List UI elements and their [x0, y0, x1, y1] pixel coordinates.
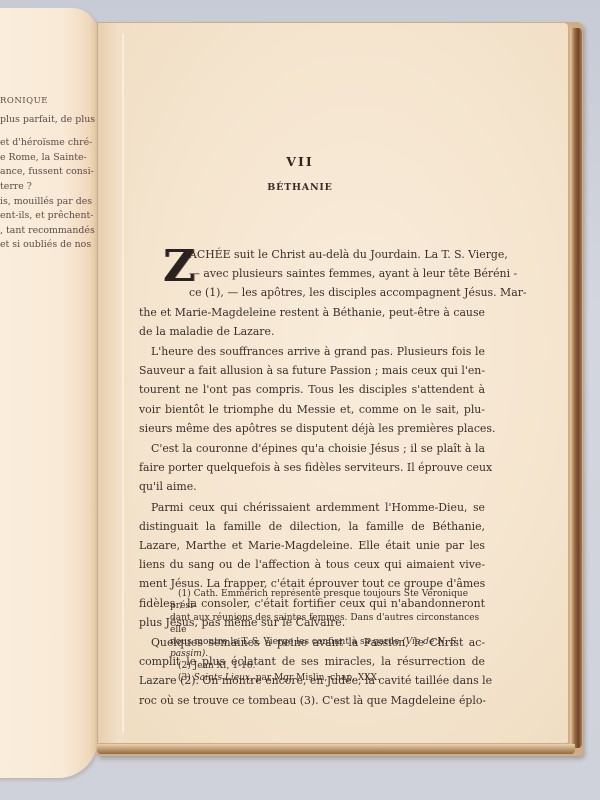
text-line: voir bientôt le triomphe du Messie et, c… [139, 400, 485, 419]
book-bottom-edge [97, 744, 575, 754]
gutter-shadow [98, 23, 132, 743]
footnote-1-line: dant aux réunions des saintes femmes. Da… [170, 612, 486, 636]
text-line: liens du sang ou de l'affection à tous c… [139, 555, 485, 574]
text-line: Sauveur a fait allusion à sa future Pass… [139, 361, 485, 380]
text-line: Parmi ceux qui chérissaient ardemment l'… [139, 498, 485, 517]
drop-cap: Z [163, 247, 185, 287]
paragraph-2: L'heure des souffrances arrive à grand p… [139, 342, 485, 438]
text-line: C'est la couronne d'épines qu'a choisie … [139, 439, 485, 458]
left-page-running-header: RONIQUE [0, 94, 98, 109]
left-page-line: ent-ils, et prêchent- [0, 209, 98, 224]
text-line: qu'il aime. [139, 477, 485, 496]
text-line: L'heure des souffrances arrive à grand p… [139, 342, 485, 361]
left-page-line: et d'héroïsme chré- [0, 136, 98, 151]
text-line: Lazare, Marthe et Marie-Magdeleine. Elle… [139, 536, 485, 555]
text-line: faire porter quelquefois à ses fidèles s… [139, 458, 485, 477]
paragraph-1: Z ACHÉE suit le Christ au-delà du Jourda… [165, 245, 485, 341]
left-page-text: RONIQUE plus parfait, de plus et d'héroï… [0, 94, 98, 253]
book-fore-edge [570, 28, 582, 748]
footnote-2: (2) Jean XI, 1-16. [170, 660, 486, 672]
footnote-1-line: (1) Cath. Emmerich représente presque to… [170, 588, 486, 612]
paragraph-3: C'est la couronne d'épines qu'a choisie … [139, 439, 485, 497]
footnote-3: (3) Saints Lieux, par Mgr Mislin, chap. … [170, 672, 486, 684]
left-page-line: et si oubliés de nos [0, 238, 98, 253]
left-page: RONIQUE plus parfait, de plus et d'héroï… [0, 8, 98, 778]
footnote-1-line: nous montre la T. S. Vierge les confiant… [170, 636, 486, 660]
left-page-line: plus parfait, de plus [0, 113, 98, 128]
left-page-line: , tant recommandés [0, 224, 98, 239]
text-line: ACHÉE suit le Christ au-delà du Jourdain… [165, 245, 485, 264]
text-line: distinguait la famille de dilection, la … [139, 517, 485, 536]
chapter-title: BÉTHANIE [0, 182, 600, 193]
footnotes: (1) Cath. Emmerich représente presque to… [170, 588, 486, 684]
text-line: ce (1), — les apôtres, les disciples acc… [165, 283, 485, 302]
footnote-3-rest: par Mgr Mislin, chap. XXX. [256, 673, 380, 683]
text-line: — avec plusieurs saintes femmes, ayant à… [165, 264, 485, 283]
footnote-3-marker: (3) [178, 673, 191, 683]
footnote-3-title: Saints Lieux, [194, 673, 253, 683]
text-line: roc où se trouve ce tombeau (3). C'est l… [139, 691, 485, 710]
left-page-line: is, mouillés par des [0, 195, 98, 210]
text-line: sieurs même des apôtres se disputent déj… [139, 419, 485, 438]
text-line: the et Marie-Magdeleine restent à Béthan… [139, 303, 485, 322]
footnote-1-text: nous montre la T. S. Vierge les confiant… [170, 637, 399, 647]
text-line: de la maladie de Lazare. [139, 322, 485, 341]
gutter-highlight [122, 33, 124, 733]
text-line: tourent ne l'ont pas compris. Tous les d… [139, 380, 485, 399]
chapter-number: VII [0, 154, 600, 169]
